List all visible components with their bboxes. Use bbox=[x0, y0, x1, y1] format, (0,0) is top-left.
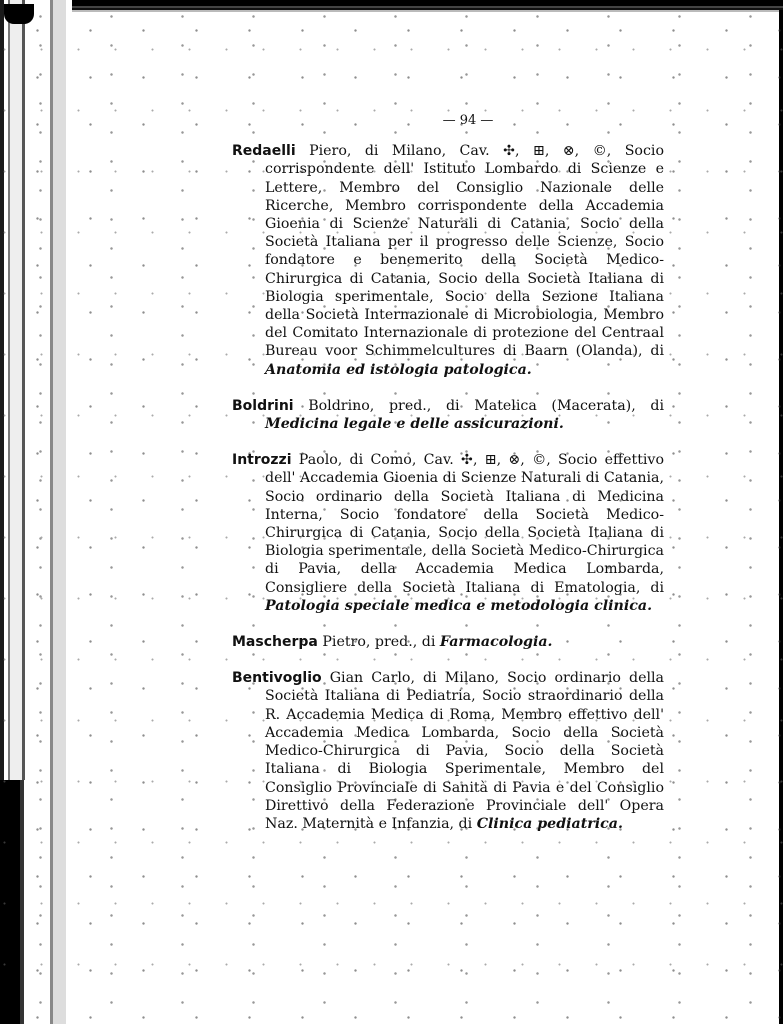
scan-right-edge bbox=[779, 10, 783, 1024]
entry-surname: Bentivoglio bbox=[232, 670, 322, 686]
entry-surname: Mascherpa bbox=[232, 634, 318, 650]
entry-subject: Clinica pediatrica. bbox=[477, 816, 623, 832]
entry-text: Boldrino, pred., di Matelica (Macerata),… bbox=[308, 398, 664, 414]
entry-surname: Redaelli bbox=[232, 143, 296, 159]
entry-text: Paolo, di Como, Cav. ✣, ⊞, ⊗, ©, Socio e… bbox=[265, 452, 664, 595]
entry-subject: Farmacologia. bbox=[440, 634, 553, 650]
entry-text: Piero, di Milano, Cav. ✣, ⊞, ⊗, ©, Socio… bbox=[265, 143, 664, 359]
binding-corner bbox=[4, 4, 34, 24]
document-page: — 94 — Redaelli Piero, di Milano, Cav. ✣… bbox=[232, 112, 664, 851]
page-number: — 94 — bbox=[232, 112, 664, 130]
binding-shadow bbox=[0, 780, 28, 1024]
entry-bentivoglio: Bentivoglio Gian Carlo, di Milano, Socio… bbox=[232, 669, 664, 833]
entry-redaelli: Redaelli Piero, di Milano, Cav. ✣, ⊞, ⊗,… bbox=[232, 142, 664, 379]
entry-boldrini: Boldrini Boldrino, pred., di Matelica (M… bbox=[232, 397, 664, 433]
entry-subject: Medicina legale e delle assicurazioni. bbox=[265, 416, 564, 432]
entry-text: Pietro, pred., di bbox=[322, 634, 435, 650]
scan-top-edge bbox=[0, 0, 783, 14]
entry-surname: Introzzi bbox=[232, 452, 292, 468]
entry-introzzi: Introzzi Paolo, di Como, Cav. ✣, ⊞, ⊗, ©… bbox=[232, 451, 664, 615]
entry-mascherpa: Mascherpa Pietro, pred., di Farmacologia… bbox=[232, 633, 664, 651]
entry-subject: Anatomia ed istologia patologica. bbox=[265, 362, 532, 378]
entry-subject: Patologia speciale medica e metodologia … bbox=[265, 598, 652, 614]
entry-surname: Boldrini bbox=[232, 398, 294, 414]
entry-text: Gian Carlo, di Milano, Socio ordinario d… bbox=[265, 670, 664, 832]
